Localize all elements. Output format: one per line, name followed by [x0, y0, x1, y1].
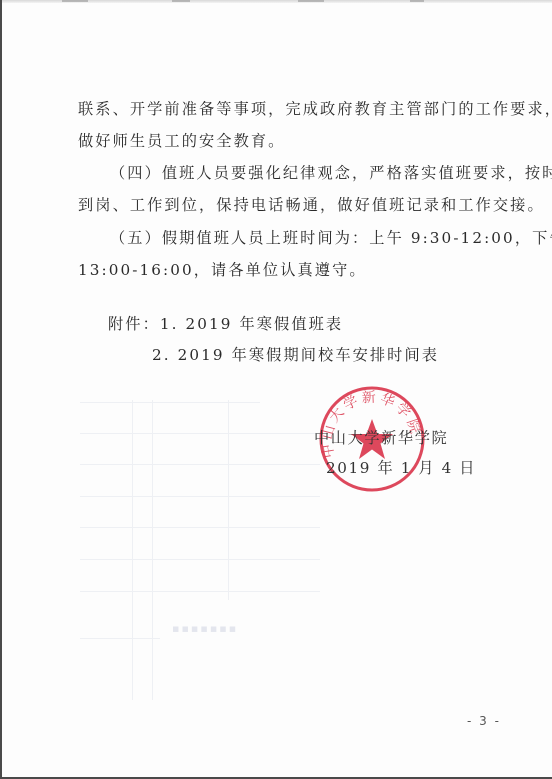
signature-organization: 中山大学新华学院	[314, 428, 448, 448]
paragraph-line: 13:00-16:00，请各单位认真遵守。	[78, 260, 367, 280]
paragraph-line: 联系、开学前准备等事项，完成政府教育主管部门的工作要求，	[78, 99, 552, 119]
attachment-line-1: 附件：1. 2019 年寒假值班表	[108, 314, 343, 334]
scan-bleed-mark	[172, 0, 190, 2]
attachment-item-1: 1. 2019 年寒假值班表	[160, 315, 343, 333]
paragraph-line-item-4: （四）值班人员要强化纪律观念，严格落实值班要求，按时	[110, 163, 552, 183]
paragraph-line: 做好师生员工的安全教育。	[78, 131, 285, 151]
signature-date: 2019 年 1 月 4 日	[326, 458, 476, 478]
scan-bleed-mark	[62, 0, 88, 2]
paragraph-line-item-5: （五）假期值班人员上班时间为：上午 9:30-12:00，下午	[110, 228, 552, 248]
page-number: - 3 -	[467, 714, 501, 728]
paragraph-line: 到岗、工作到位，保持电话畅通，做好值班记录和工作交接。	[78, 195, 545, 215]
scan-bleed-mark	[298, 0, 324, 2]
page-left-edge	[0, 0, 2, 779]
attachments-label: 附件：	[108, 315, 160, 333]
attachment-item-2: 2. 2019 年寒假期间校车安排时间表	[152, 345, 439, 365]
scan-bleed-mark	[410, 0, 424, 2]
